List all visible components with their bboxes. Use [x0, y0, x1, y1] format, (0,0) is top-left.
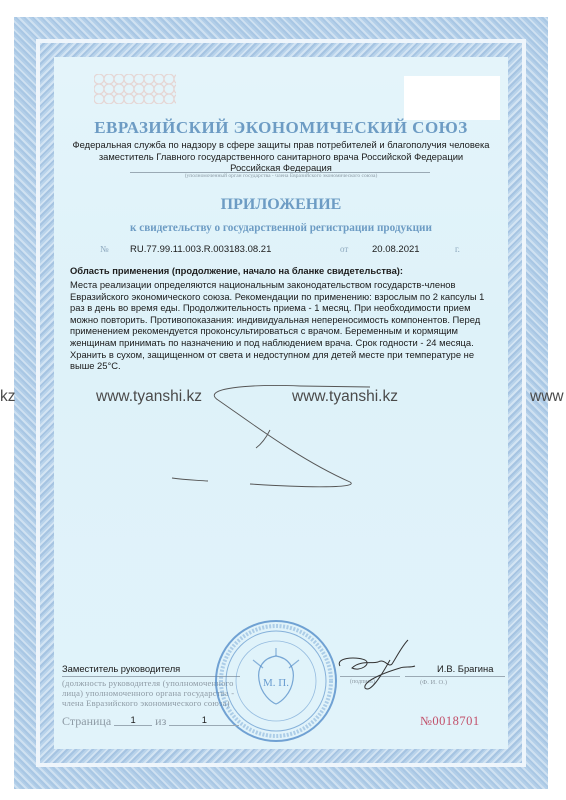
page-label: Страница: [62, 714, 111, 728]
signer-name: И.В. Брагина: [437, 663, 493, 674]
watermark-text: www.tyanshi.kz: [292, 388, 398, 406]
annex-title: ПРИЛОЖЕНИЕ: [54, 196, 508, 214]
number-label-text: №: [100, 244, 109, 254]
authority-block: Федеральная служба по надзору в сфере за…: [54, 139, 508, 174]
date-label: от: [340, 244, 348, 255]
fio-caption: (Ф. И. О.): [420, 679, 447, 686]
page-current: 1: [114, 714, 152, 726]
signature-scribble: [330, 638, 420, 698]
registration-date: 20.08.2021: [372, 244, 420, 255]
date-label-text: от: [340, 244, 348, 254]
signer-position: Заместитель руководителя: [62, 663, 180, 674]
annex-subtitle: к свидетельству о государственной регист…: [54, 222, 508, 234]
registration-number: RU.77.99.11.003.R.003183.08.21: [130, 244, 271, 255]
number-label: №: [100, 244, 109, 255]
svg-text:М. П.: М. П.: [263, 677, 289, 689]
year-suffix: г.: [455, 244, 460, 255]
authority-line-1: Федеральная служба по надзору в сфере за…: [54, 139, 508, 151]
page-of-label: из: [155, 714, 166, 728]
union-title: ЕВРАЗИЙСКИЙ ЭКОНОМИЧЕСКИЙ СОЮЗ: [54, 118, 508, 138]
authority-line-2: заместитель Главного государственного са…: [54, 151, 508, 163]
scope-heading: Область применения (продолжение, начало …: [70, 265, 500, 276]
scope-body: Места реализации определяются национальн…: [70, 279, 500, 372]
blank-label-box: [404, 76, 500, 120]
page-indicator: Страница 1 из 1: [62, 714, 239, 729]
page-total: 1: [169, 714, 239, 726]
authority-caption: (уполномоченный орган государства - член…: [54, 173, 508, 179]
watermark-text: www: [530, 388, 564, 406]
ornament-pattern: [94, 74, 176, 104]
serial-number: №0018701: [420, 714, 480, 729]
certificate-page: ЕВРАЗИЙСКИЙ ЭКОНОМИЧЕСКИЙ СОЮЗ Федеральн…: [0, 0, 566, 800]
watermark-text: www.tyanshi.kz: [96, 388, 202, 406]
watermark-text: kz: [0, 388, 16, 406]
year-suffix-text: г.: [455, 244, 460, 254]
name-line: [405, 676, 505, 677]
